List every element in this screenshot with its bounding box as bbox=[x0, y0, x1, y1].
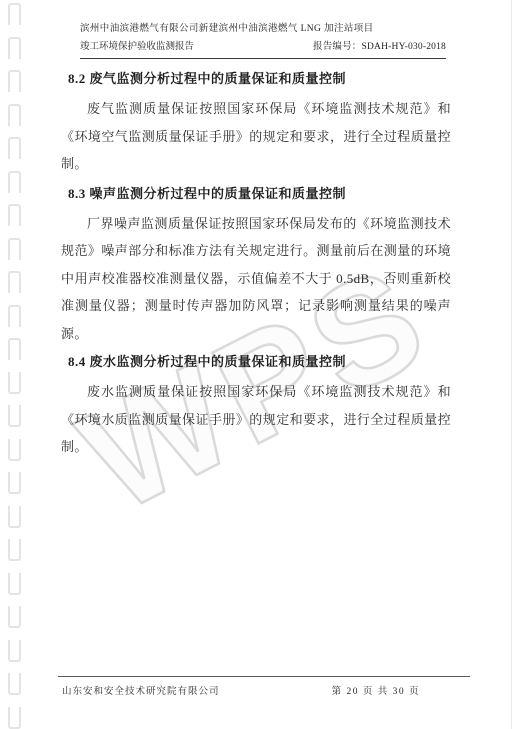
section-8-2: 8.2 废气监测分析过程中的质量保证和质量控制 废气监测质量保证按照国家环保局《… bbox=[61, 70, 451, 178]
binding-hole bbox=[8, 3, 21, 25]
binding-hole bbox=[8, 405, 21, 427]
header-doc-title: 竣工环境保护验收监测报告 bbox=[80, 41, 194, 54]
binding-hole bbox=[8, 606, 21, 628]
binding-hole bbox=[8, 573, 21, 595]
binding-hole bbox=[8, 238, 21, 260]
binding-hole bbox=[8, 640, 21, 662]
binding-hole bbox=[8, 472, 21, 494]
footer-page-number: 第 20 页 共 30 页 bbox=[332, 683, 420, 697]
section-8-3-heading: 8.3 噪声监测分析过程中的质量保证和质量控制 bbox=[68, 185, 451, 202]
section-8-4: 8.4 废水监测分析过程中的质量保证和质量控制 废水监测质量保证按照国家环保局《… bbox=[61, 353, 451, 461]
binding-hole bbox=[8, 204, 21, 226]
binding-hole bbox=[8, 271, 21, 293]
binding-hole bbox=[8, 137, 21, 159]
binding-hole bbox=[8, 305, 21, 327]
binding-hole bbox=[8, 707, 21, 729]
binding-hole bbox=[8, 37, 21, 59]
binding-hole bbox=[8, 439, 21, 461]
footer-company-name: 山东安和安全技术研究院有限公司 bbox=[62, 683, 220, 697]
report-number-value: SDAH-HY-030-2018 bbox=[362, 42, 446, 52]
binding-holes-column bbox=[0, 0, 30, 729]
binding-hole bbox=[8, 171, 21, 193]
report-number-label: 报告编号： bbox=[313, 42, 362, 52]
page-footer: 山东安和安全技术研究院有限公司 第 20 页 共 30 页 bbox=[58, 676, 470, 697]
section-8-4-paragraph: 废水监测质量保证按照国家环保局《环境监测技术规范》和《环境水质监测质量保证手册》… bbox=[61, 378, 451, 461]
section-8-3-paragraph: 厂界噪声监测质量保证按照国家环保局发布的《环境监测技术规范》噪声部分和标准方法有… bbox=[61, 210, 451, 348]
binding-hole bbox=[8, 338, 21, 360]
page-header: 滨州中油滨港燃气有限公司新建滨州中油滨港燃气 LNG 加注站项目 竣工环境保护验… bbox=[80, 23, 446, 59]
page-right-edge-line bbox=[511, 0, 512, 729]
binding-hole bbox=[8, 372, 21, 394]
section-8-3: 8.3 噪声监测分析过程中的质量保证和质量控制 厂界噪声监测质量保证按照国家环保… bbox=[61, 185, 451, 348]
binding-hole bbox=[8, 70, 21, 92]
header-report-number: 报告编号：SDAH-HY-030-2018 bbox=[313, 41, 446, 54]
section-8-2-paragraph: 废气监测质量保证按照国家环保局《环境监测技术规范》和《环境空气监测质量保证手册》… bbox=[61, 95, 451, 178]
header-second-line: 竣工环境保护验收监测报告 报告编号：SDAH-HY-030-2018 bbox=[80, 41, 446, 54]
binding-hole bbox=[8, 506, 21, 528]
section-8-2-heading: 8.2 废气监测分析过程中的质量保证和质量控制 bbox=[68, 70, 451, 87]
header-project-title: 滨州中油滨港燃气有限公司新建滨州中油滨港燃气 LNG 加注站项目 bbox=[80, 23, 446, 36]
scanned-report-page: { "page": { "header": { "line1": "滨州中油滨港… bbox=[0, 0, 516, 729]
binding-hole bbox=[8, 539, 21, 561]
binding-hole bbox=[8, 673, 21, 695]
document-body: 8.2 废气监测分析过程中的质量保证和质量控制 废气监测质量保证按照国家环保局《… bbox=[61, 70, 451, 461]
binding-hole bbox=[8, 104, 21, 126]
section-8-4-heading: 8.4 废水监测分析过程中的质量保证和质量控制 bbox=[68, 353, 451, 370]
